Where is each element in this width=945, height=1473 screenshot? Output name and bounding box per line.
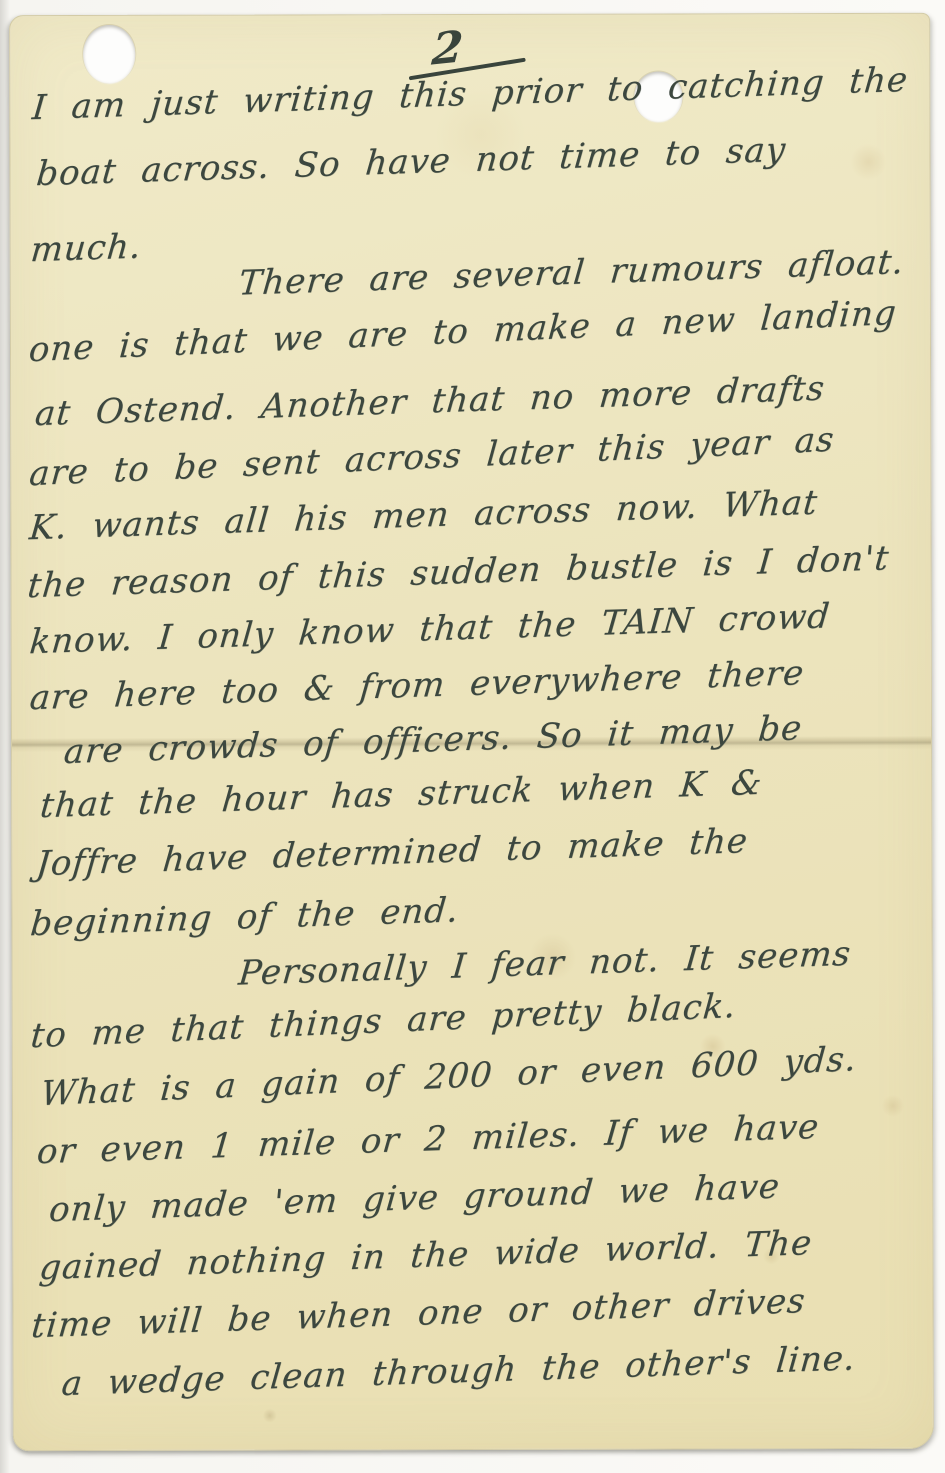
handwriting-line: are to be sent across later this year as — [28, 420, 836, 495]
handwriting-line: There are several rumours afloat. — [237, 242, 906, 304]
letter-paper: 2 I am just writing this prior to catchi… — [9, 13, 934, 1451]
handwriting-line: much. — [29, 227, 143, 271]
handwriting-line: gained nothing in the wide world. The — [38, 1223, 815, 1288]
handwriting-line: to me that things are pretty black. — [29, 986, 738, 1056]
handwriting-line: boat across. So have not time to say — [35, 130, 788, 194]
handwriting-line: are here too & from everywhere there — [28, 653, 806, 718]
handwriting-line: time will be when one or other drives — [30, 1281, 808, 1346]
handwriting-line: Personally I fear not. It seems — [237, 934, 853, 994]
handwriting-line: a wedge clean through the other's line. — [60, 1338, 858, 1404]
handwriting-line: K. wants all his men across now. What — [28, 483, 820, 549]
handwriting-line: or even 1 mile or 2 miles. If we have — [35, 1107, 821, 1172]
handwriting-line: know. I only know that the TAIN crowd — [28, 596, 832, 662]
handwriting-line: that the hour has struck when K & — [38, 763, 764, 826]
handwriting-line: beginning of the end. — [29, 890, 461, 944]
scanned-letter-scene: 2 I am just writing this prior to catchi… — [0, 0, 945, 1473]
handwriting-line: Joffre have determined to make the — [35, 821, 750, 884]
handwriting-line: one is that we are to make a new landing — [27, 293, 898, 370]
handwriting-line: are crowds of officers. So it may be — [62, 708, 804, 772]
punch-hole-left — [83, 25, 135, 83]
handwriting-line: only made 'em give ground we have — [47, 1166, 781, 1230]
handwriting-line: the reason of this sudden bustle is I do… — [26, 538, 891, 606]
